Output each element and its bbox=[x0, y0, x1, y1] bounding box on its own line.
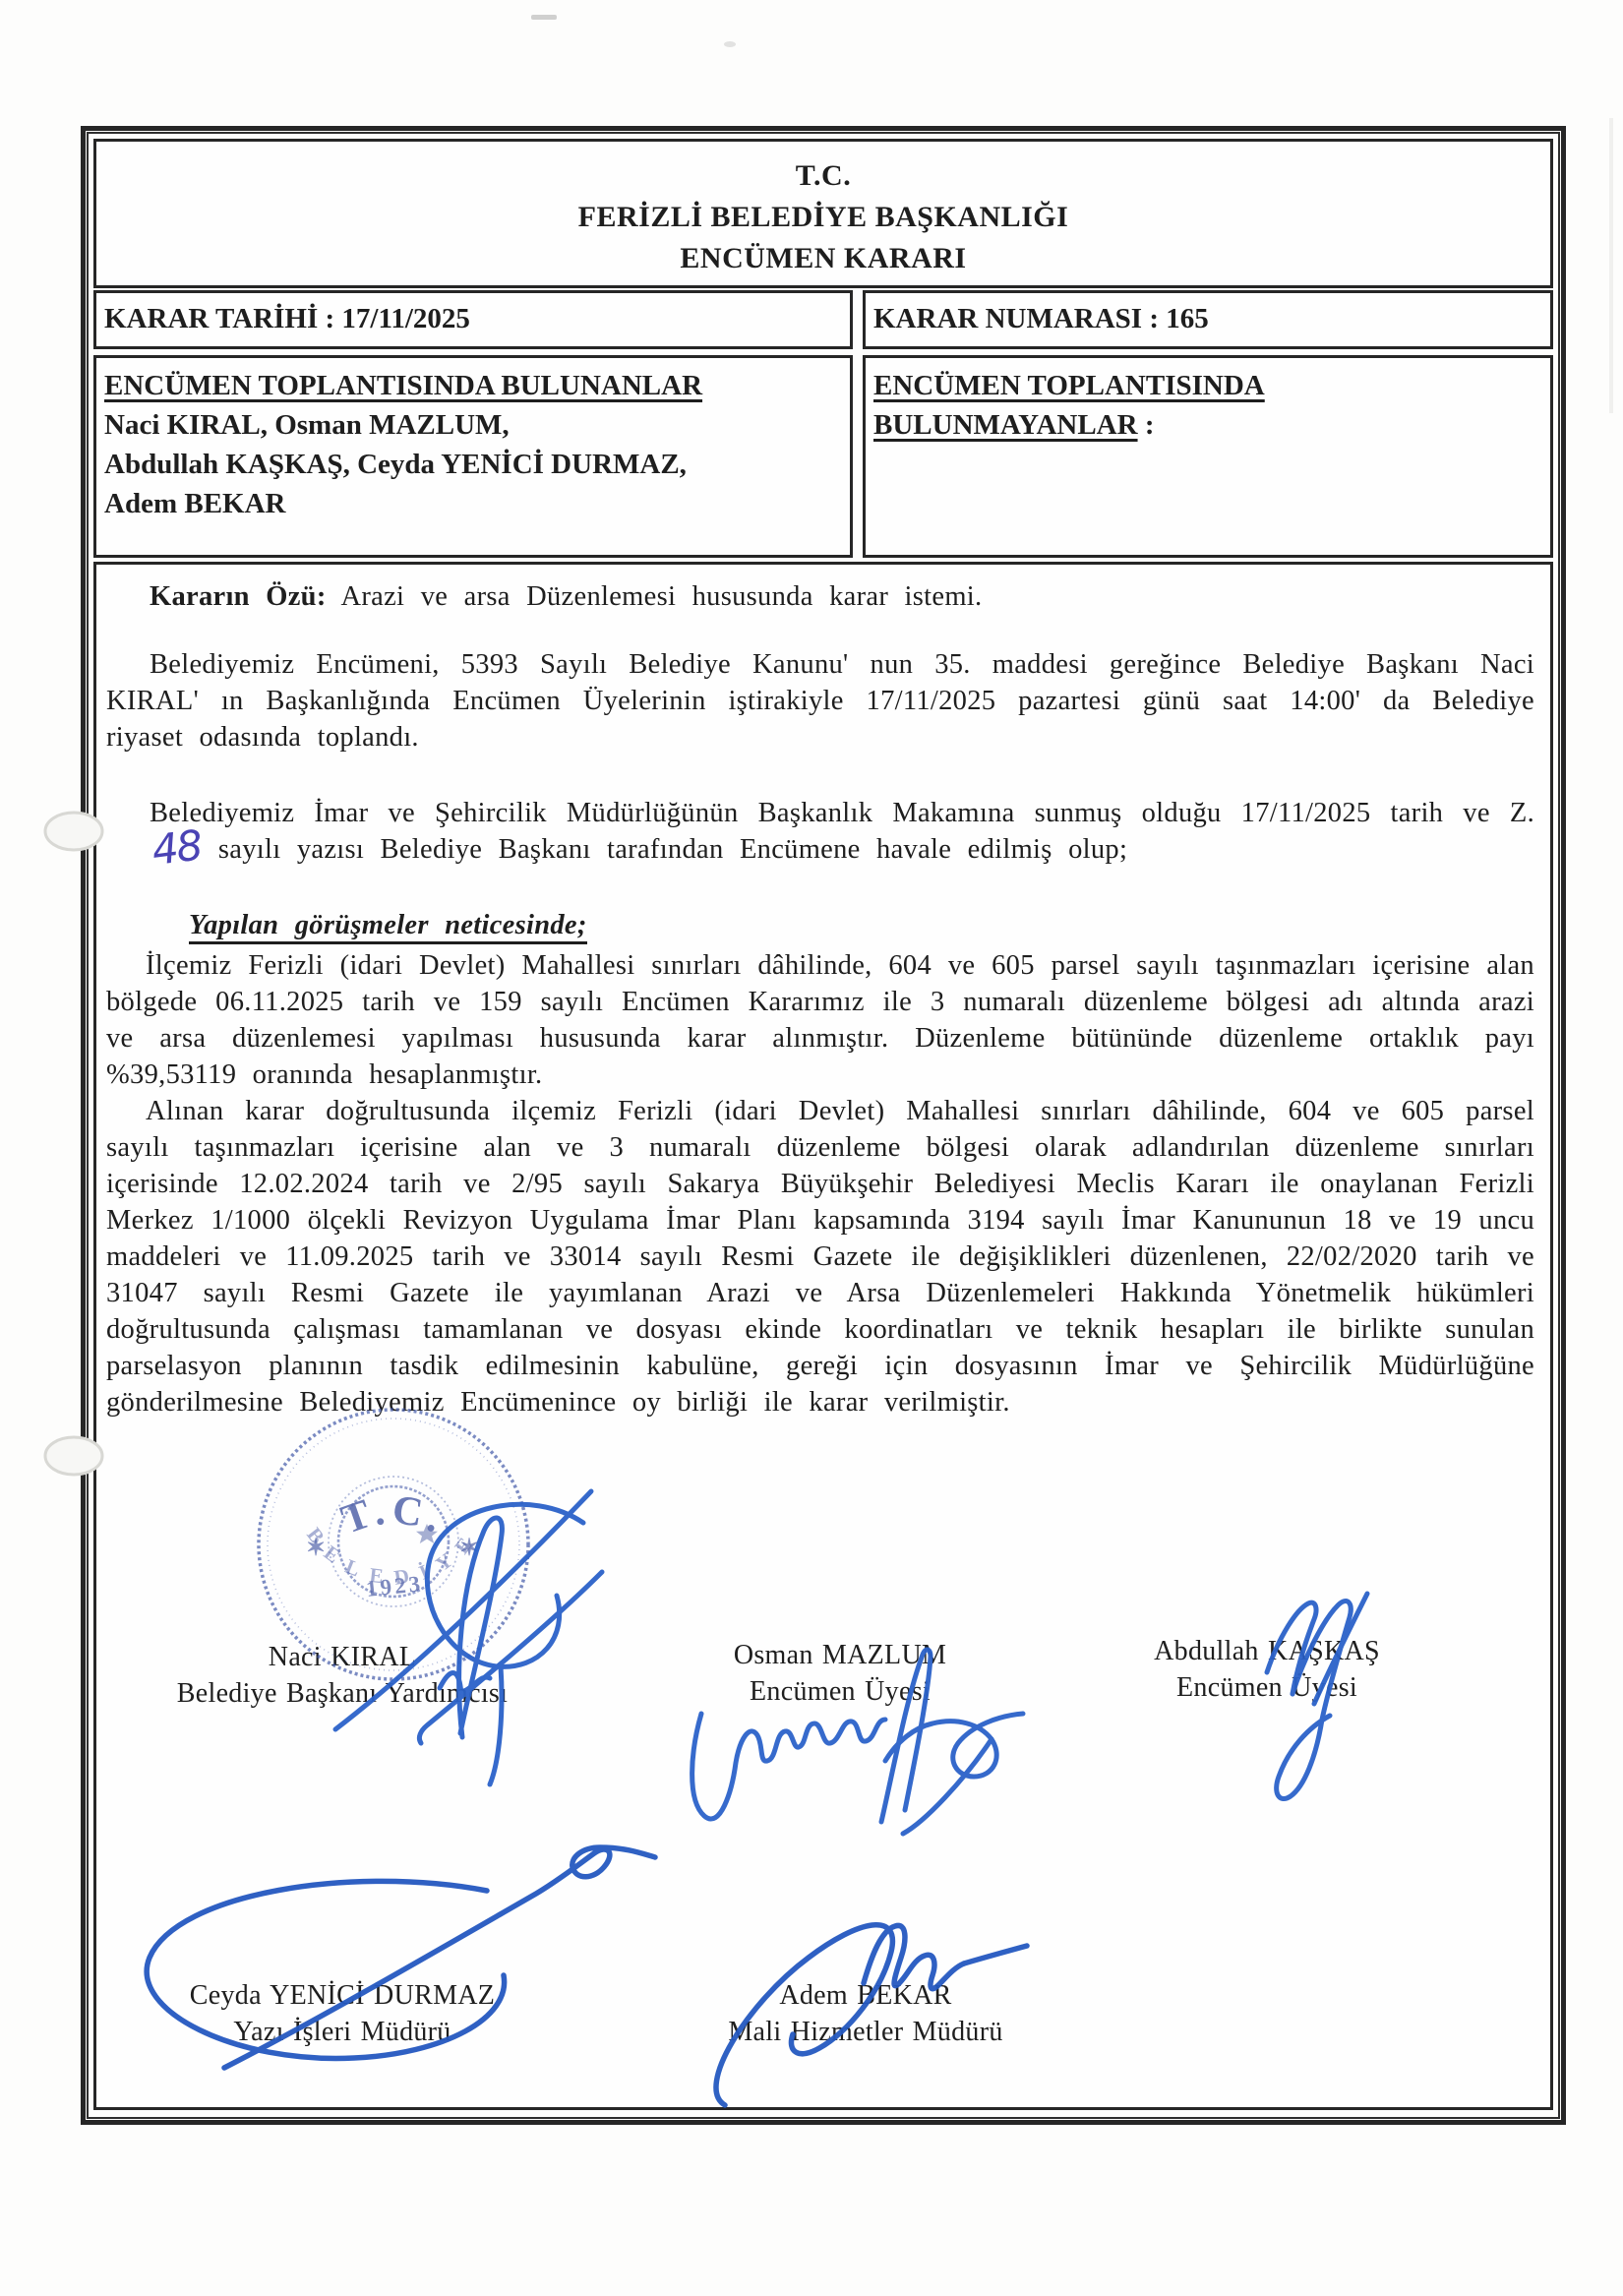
absent-colon: : bbox=[1138, 409, 1155, 441]
decision-date-cell: KARAR TARİHİ : 17/11/2025 bbox=[93, 290, 853, 349]
signer-name: Abdullah KAŞKAŞ bbox=[1070, 1633, 1464, 1669]
present-members-line1: Naci KIRAL, Osman MAZLUM, bbox=[104, 405, 850, 445]
header-box: T.C. FERİZLİ BELEDİYE BAŞKANLIĞI ENCÜMEN… bbox=[93, 139, 1553, 288]
decision-number: KARAR NUMARASI : 165 bbox=[866, 293, 1550, 335]
present-members-line2: Abdullah KAŞKAŞ, Ceyda YENİCİ DURMAZ, bbox=[104, 445, 850, 484]
paragraph-resolution: Alınan karar doğrultusunda ilçemiz Feriz… bbox=[106, 1093, 1534, 1420]
handwritten-document-number: 48 bbox=[109, 845, 201, 856]
paragraph-opening: Belediyemiz Encümeni, 5393 Sayılı Beledi… bbox=[106, 646, 1534, 755]
scanned-decision-document: T.C. FERİZLİ BELEDİYE BAŞKANLIĞI ENCÜMEN… bbox=[0, 0, 1623, 2296]
present-members-line3: Adem BEKAR bbox=[104, 484, 850, 523]
document-frame: T.C. FERİZLİ BELEDİYE BAŞKANLIĞI ENCÜMEN… bbox=[81, 126, 1566, 2125]
present-members-cell: ENCÜMEN TOPLANTISINDA BULUNANLAR Naci KI… bbox=[93, 355, 853, 558]
absent-members-title-line2: BULUNMAYANLAR : bbox=[873, 405, 1550, 445]
decision-summary: Kararın Özü: Arazi ve arsa Düzenlemesi h… bbox=[106, 578, 1534, 615]
signer-title: Yazı İşleri Müdürü bbox=[136, 2014, 549, 2050]
signer-title: Encümen Üyesi bbox=[643, 1673, 1037, 1710]
header-tc: T.C. bbox=[96, 155, 1550, 197]
header-municipality: FERİZLİ BELEDİYE BAŞKANLIĞI bbox=[96, 197, 1550, 238]
decision-number-cell: KARAR NUMARASI : 165 bbox=[863, 290, 1553, 349]
signer-title: Belediye Başkanı Yardımcısı bbox=[146, 1675, 539, 1712]
paragraph-referral: Belediyemiz İmar ve Şehircilik Müdürlüğü… bbox=[106, 795, 1534, 868]
absent-members-cell: ENCÜMEN TOPLANTISINDA BULUNMAYANLAR : bbox=[863, 355, 1553, 558]
signature-block-naci-kiral: Naci KIRAL Belediye Başkanı Yardımcısı bbox=[146, 1639, 539, 1712]
decision-body-cell: Kararın Özü: Arazi ve arsa Düzenlemesi h… bbox=[93, 562, 1553, 2110]
paragraph-prior-decision: İlçemiz Ferizli (idari Devlet) Mahallesi… bbox=[106, 947, 1534, 1093]
signer-title: Mali Hizmetler Müdürü bbox=[659, 2014, 1072, 2050]
signer-title: Encümen Üyesi bbox=[1070, 1669, 1464, 1706]
decision-summary-label: Kararın Özü: bbox=[150, 581, 327, 612]
signer-name: Naci KIRAL bbox=[146, 1639, 539, 1675]
deliberation-subheading: Yapılan görüşmeler neticesinde; bbox=[146, 907, 1534, 943]
signer-name: Ceyda YENİCİ DURMAZ bbox=[136, 1977, 549, 2014]
decision-summary-text: Arazi ve arsa Düzenlemesi hususunda kara… bbox=[327, 581, 983, 612]
signature-block-abdullah-kaskas: Abdullah KAŞKAŞ Encümen Üyesi bbox=[1070, 1633, 1464, 1706]
signature-block-ceyda-yenici-durmaz: Ceyda YENİCİ DURMAZ Yazı İşleri Müdürü bbox=[136, 1977, 549, 2050]
decision-date: KARAR TARİHİ : 17/11/2025 bbox=[96, 293, 850, 335]
header-doc-type: ENCÜMEN KARARI bbox=[96, 238, 1550, 279]
signature-block-adem-bekar: Adem BEKAR Mali Hizmetler Müdürü bbox=[659, 1977, 1072, 2050]
present-members-title: ENCÜMEN TOPLANTISINDA BULUNANLAR bbox=[104, 366, 850, 405]
signature-block-osman-mazlum: Osman MAZLUM Encümen Üyesi bbox=[643, 1637, 1037, 1710]
absent-members-title-line1: ENCÜMEN TOPLANTISINDA bbox=[873, 366, 1550, 405]
signer-name: Adem BEKAR bbox=[659, 1977, 1072, 2014]
signer-name: Osman MAZLUM bbox=[643, 1637, 1037, 1673]
